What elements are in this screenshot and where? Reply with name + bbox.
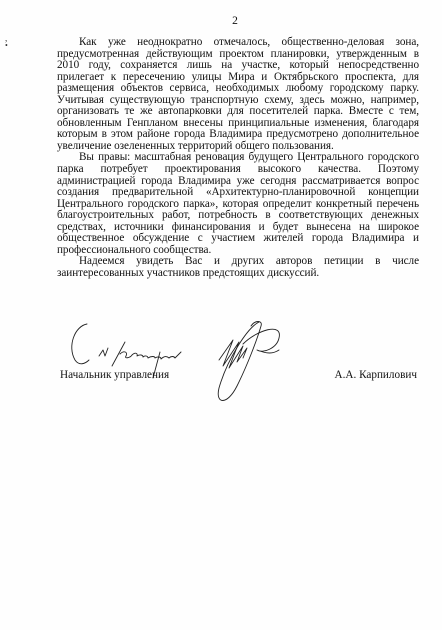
paragraph: Надеемся увидеть Вас и других авторов пе…	[57, 256, 419, 279]
paragraph: Как уже неоднократно отмечалось, обществ…	[57, 37, 419, 152]
margin-mark: •	[5, 42, 8, 50]
signature-block: Начальник управления А.А. Карпилович	[57, 320, 419, 420]
letter-body: Как уже неоднократно отмечалось, обществ…	[57, 37, 419, 279]
page-number: 2	[0, 15, 442, 27]
signer-position: Начальник управления	[60, 369, 169, 381]
signature-icon	[207, 320, 287, 410]
document-page: , • 2 Как уже неоднократно отмечалось, о…	[0, 0, 442, 630]
signer-name: А.А. Карпилович	[335, 369, 417, 381]
paragraph: Вы правы: масштабная реновация будущего …	[57, 152, 419, 256]
